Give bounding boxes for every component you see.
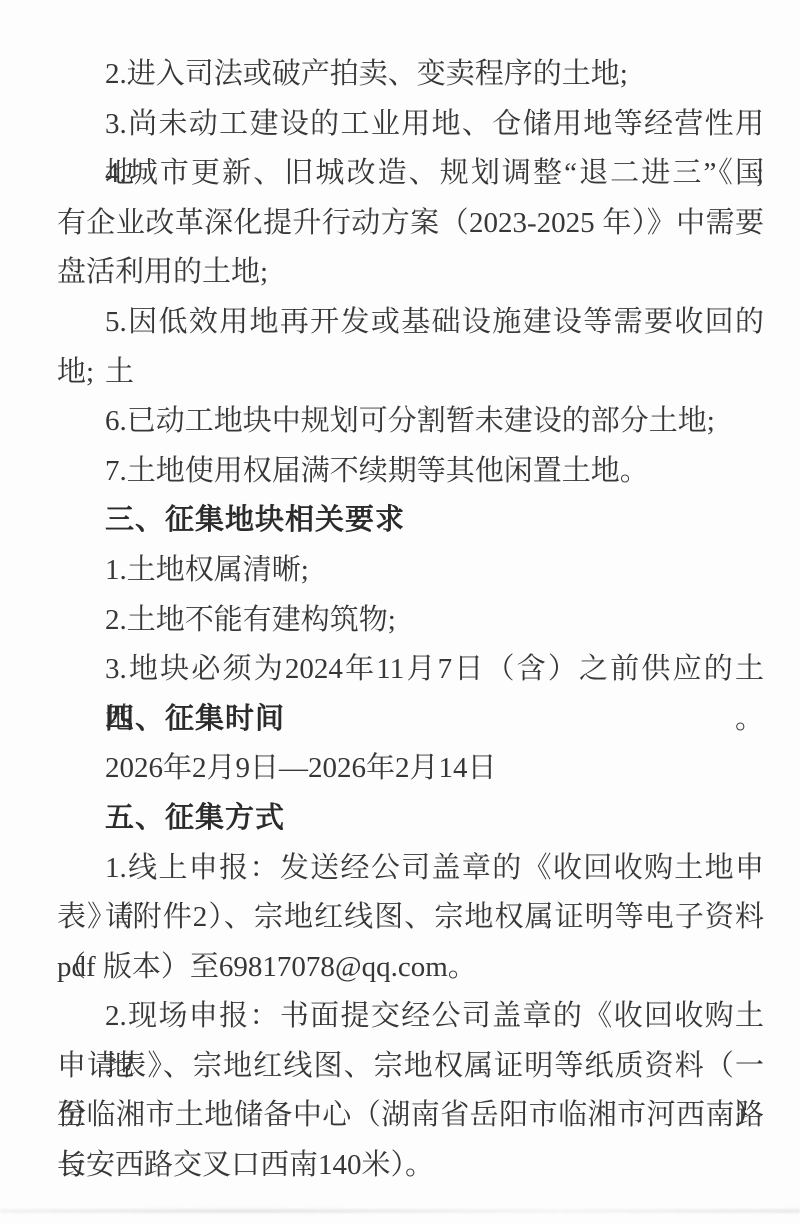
doc-text-line: 盘活利用的土地; <box>57 248 764 298</box>
doc-text-line: 1.土地权属清晰; <box>57 546 764 596</box>
doc-text-line: 3.尚未动工建设的工业用地、仓储用地等经营性用地; <box>57 100 764 150</box>
document-content: 2.进入司法或破产拍卖、变卖程序的土地;3.尚未动工建设的工业用地、仓储用地等经… <box>57 50 764 1191</box>
doc-text-line: 1.线上申报：发送经公司盖章的《收回收购土地申请 <box>57 844 764 894</box>
doc-text-line: 至临湘市土地储备中心（湖南省岳阳市临湘市河西南路与 <box>57 1091 764 1141</box>
doc-heading-line: 五、征集方式 <box>57 794 764 844</box>
doc-heading-line: 三、征集地块相关要求 <box>57 496 764 546</box>
doc-text-line: 5.因低效用地再开发或基础设施建设等需要收回的土 <box>57 298 764 348</box>
doc-text-line: pdf 版本）至69817078@qq.com。 <box>57 943 764 993</box>
doc-text-line: 4.城市更新、旧城改造、规划调整“退二进三”《国 <box>57 149 764 199</box>
doc-text-line: 3.地块必须为2024年11月7日（含）之前供应的土地。 <box>57 645 764 695</box>
doc-text-line: 2.进入司法或破产拍卖、变卖程序的土地; <box>57 50 764 100</box>
doc-text-line: 2.土地不能有建构筑物; <box>57 596 764 646</box>
doc-text-line: 表》（附件2）、宗地红线图、宗地权属证明等电子资料（ <box>57 893 764 943</box>
doc-text-line: 有企业改革深化提升行动方案（2023-2025 年）》中需要 <box>57 199 764 249</box>
doc-text-line: 2.现场申报：书面提交经公司盖章的《收回收购土地 <box>57 992 764 1042</box>
doc-text-line: 7.土地使用权届满不续期等其他闲置土地。 <box>57 447 764 497</box>
doc-text-line: 2026年2月9日—2026年2月14日 <box>57 744 764 794</box>
doc-text-line: 地; <box>57 348 764 398</box>
doc-text-line: 申请表》、宗地红线图、宗地权属证明等纸质资料（一份） <box>57 1042 764 1092</box>
doc-text-line: 6.已动工地块中规划可分割暂未建设的部分土地; <box>57 397 764 447</box>
scan-edge-shadow <box>0 1209 800 1213</box>
doc-text-line: 长安西路交叉口西南140米）。 <box>57 1141 764 1191</box>
document-page: 2.进入司法或破产拍卖、变卖程序的土地;3.尚未动工建设的工业用地、仓储用地等经… <box>0 0 800 1223</box>
